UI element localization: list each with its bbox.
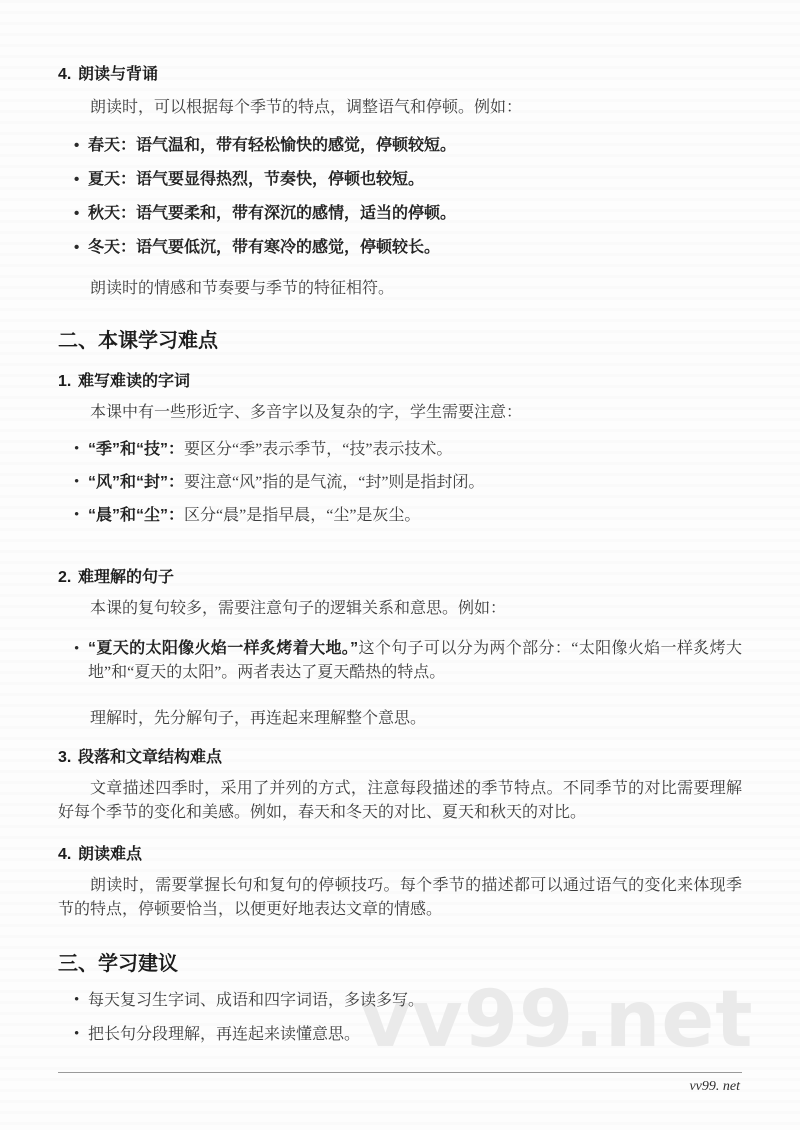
- list-item-autumn: 秋天：语气要柔和，带有深沉的感情，适当的停顿。: [58, 203, 742, 224]
- list-item-chen-chen: “晨”和“尘”：区分“晨”是指早晨，“尘”是灰尘。: [58, 505, 742, 526]
- character-explanation: 要注意“风”指的是气流，“封”则是指封闭。: [184, 474, 484, 491]
- list-item-example-sentence: “夏天的太阳像火焰一样炙烤着大地。”这个句子可以分为两个部分：“太阳像火焰一样炙…: [58, 637, 742, 685]
- difficult-characters-list: “季”和“技”：要区分“季”表示季节，“技”表示技术。 “风”和“封”：要注意“…: [58, 439, 742, 526]
- example-sentence-quote: “夏天的太阳像火焰一样炙烤着大地。”: [88, 640, 358, 657]
- list-item-winter: 冬天：语气要低沉，带有寒冷的感觉，停顿较长。: [58, 237, 742, 258]
- heading-reading-difficulties: 4.朗读难点: [58, 844, 742, 866]
- season-tone-list: 春天：语气温和，带有轻松愉快的感觉，停顿较短。 夏天：语气要显得热烈，节奏快，停…: [58, 135, 742, 258]
- character-pair: “晨”和“尘”：: [88, 507, 184, 524]
- reading-difficulties-paragraph: 朗读时，需要掌握长句和复句的停顿技巧。每个季节的描述都可以通过语气的变化来体现季…: [58, 874, 742, 922]
- heading-difficult-words: 1.难写难读的字词: [58, 371, 742, 393]
- list-item-spring: 春天：语气温和，带有轻松愉快的感觉，停顿较短。: [58, 135, 742, 156]
- heading-lesson-difficulties: 二、本课学习难点: [58, 327, 742, 355]
- list-item-suggestion-review: 每天复习生字词、成语和四字词语，多读多写。: [58, 990, 742, 1011]
- document-page: vv99.net 4.朗读与背诵 朗读时，可以根据每个季节的特点，调整语气和停顿…: [0, 0, 800, 1130]
- heading-title: 难写难读的字词: [78, 373, 190, 390]
- heading-number: 1.: [58, 371, 78, 393]
- heading-title: 朗读与背诵: [78, 66, 158, 83]
- heading-number: 2.: [58, 567, 78, 589]
- reading-intro-paragraph: 朗读时，可以根据每个季节的特点，调整语气和停顿。例如：: [58, 96, 742, 120]
- heading-structure-difficulties: 3.段落和文章结构难点: [58, 747, 742, 769]
- footer-site-text: vv99. net: [689, 1079, 740, 1095]
- heading-study-suggestions: 三、学习建议: [58, 950, 742, 978]
- character-explanation: 要区分“季”表示季节，“技”表示技术。: [184, 441, 452, 458]
- list-item-ji-ji: “季”和“技”：要区分“季”表示季节，“技”表示技术。: [58, 439, 742, 460]
- heading-difficult-sentences: 2.难理解的句子: [58, 567, 742, 589]
- character-pair: “季”和“技”：: [88, 441, 184, 458]
- sentence-understanding-note: 理解时，先分解句子，再连起来理解整个意思。: [58, 707, 742, 731]
- heading-number: 3.: [58, 747, 78, 769]
- example-sentence-list: “夏天的太阳像火焰一样炙烤着大地。”这个句子可以分为两个部分：“太阳像火焰一样炙…: [58, 637, 742, 685]
- heading-title: 段落和文章结构难点: [78, 749, 222, 766]
- list-item-suggestion-segment: 把长句分段理解，再连起来读懂意思。: [58, 1024, 742, 1045]
- heading-number: 4.: [58, 64, 78, 86]
- list-item-summer: 夏天：语气要显得热烈，节奏快，停顿也较短。: [58, 169, 742, 190]
- study-suggestions-list: 每天复习生字词、成语和四字词语，多读多写。 把长句分段理解，再连起来读懂意思。: [58, 990, 742, 1045]
- difficult-words-intro: 本课中有一些形近字、多音字以及复杂的字，学生需要注意：: [58, 401, 742, 425]
- document-content: 4.朗读与背诵 朗读时，可以根据每个季节的特点，调整语气和停顿。例如： 春天：语…: [0, 0, 800, 1045]
- list-item-feng-feng: “风”和“封”：要注意“风”指的是气流，“封”则是指封闭。: [58, 472, 742, 493]
- reading-outro-paragraph: 朗读时的情感和节奏要与季节的特征相符。: [58, 277, 742, 301]
- character-pair: “风”和“封”：: [88, 474, 184, 491]
- character-explanation: 区分“晨”是指早晨，“尘”是灰尘。: [184, 507, 420, 524]
- heading-title: 朗读难点: [78, 846, 142, 863]
- structure-paragraph: 文章描述四季时，采用了并列的方式，注意每段描述的季节特点。不同季节的对比需要理解…: [58, 777, 742, 825]
- heading-title: 难理解的句子: [78, 569, 174, 586]
- footer-divider: [58, 1072, 742, 1073]
- heading-reading-recitation: 4.朗读与背诵: [58, 64, 742, 86]
- heading-number: 4.: [58, 844, 78, 866]
- difficult-sentences-intro: 本课的复句较多，需要注意句子的逻辑关系和意思。例如：: [58, 597, 742, 621]
